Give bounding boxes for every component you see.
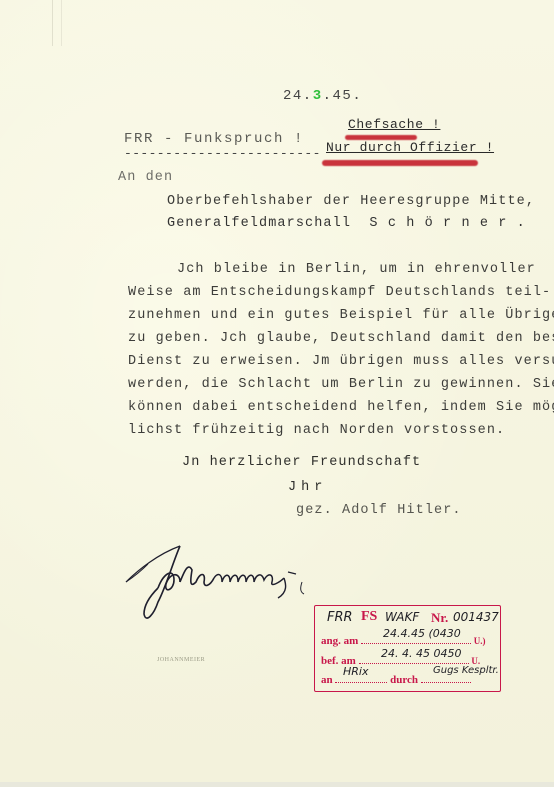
date-suffix: .45. <box>323 88 363 104</box>
stamp-by-value: Gugs Kespltr. <box>433 665 499 676</box>
recipient-line-2: Generalfeldmarschall S c h ö r n e r . <box>167 216 526 231</box>
body-line: zu geben. Jch glaube, Deutschland damit … <box>128 331 554 346</box>
title-underline: ------------------------ <box>124 146 321 161</box>
closing-line-1: Jn herzlicher Freundschaft <box>182 455 421 470</box>
stamp-to-value: HRix <box>343 665 368 678</box>
stamp-received-value: 24.4.45 (0430 <box>383 627 461 640</box>
stamp-received-row: ang. am 24.4.45 (0430 U.) <box>321 633 486 647</box>
stamp-handwritten-prefix: FRR <box>327 610 353 625</box>
stamp-by-label: durch <box>390 674 418 686</box>
stamp-received-suffix: U.) <box>474 636 486 646</box>
date-corrected-digit: 3 <box>313 88 323 104</box>
typist-mark: JOHANNMEIER <box>157 657 205 663</box>
receipt-stamp: FRR FS WAKF Nr. 001437 ang. am 24.4.45 (… <box>314 605 501 692</box>
body-line: können dabei entscheidend helfen, indem … <box>128 400 554 415</box>
stamp-received-label: ang. am <box>321 635 358 647</box>
closing-line-2: Jhr <box>288 480 327 495</box>
stamp-station: WAKF <box>385 610 419 624</box>
classification-chefsache: Chefsache ! <box>348 117 440 132</box>
document-date: 24.3.45. <box>283 88 362 104</box>
body-line: Dienst zu erweisen. Jm übrigen muss alle… <box>128 354 554 369</box>
body-line: Weise am Entscheidungskampf Deutschlands… <box>128 285 551 300</box>
page-bottom-edge <box>0 782 554 787</box>
recipient-line-1: Oberbefehlshaber der Heeresgruppe Mitte, <box>167 194 535 209</box>
body-line: lichst frühzeitig nach Norden vorstossen… <box>128 423 505 438</box>
red-marker-stroke <box>322 160 478 166</box>
body-line: zunehmen und ein gutes Beispiel für alle… <box>128 308 554 323</box>
date-prefix: 24. <box>283 88 313 104</box>
stamp-routing-row: an HRix durch Gugs Kespltr. <box>321 672 471 686</box>
classification-officer-only: Nur durch Offizier ! <box>326 140 494 155</box>
body-line: Jch bleibe in Berlin, um in ehrenvoller <box>177 262 536 277</box>
message-type-title: FRR - Funkspruch ! <box>124 131 304 147</box>
stamp-nr-label: Nr. <box>431 610 448 626</box>
closing-signature-typed: gez. Adolf Hitler. <box>296 503 462 518</box>
stamp-forwarded-value: 24. 4. 45 0450 <box>381 647 461 660</box>
stamp-to-label: an <box>321 674 333 686</box>
recipient-salutation: An den <box>118 170 173 185</box>
body-line: werden, die Schlacht um Berlin zu gewinn… <box>128 377 554 392</box>
stamp-fs-label: FS <box>361 609 377 625</box>
binding-mark <box>52 0 62 46</box>
stamp-nr-value: 001437 <box>453 610 499 624</box>
